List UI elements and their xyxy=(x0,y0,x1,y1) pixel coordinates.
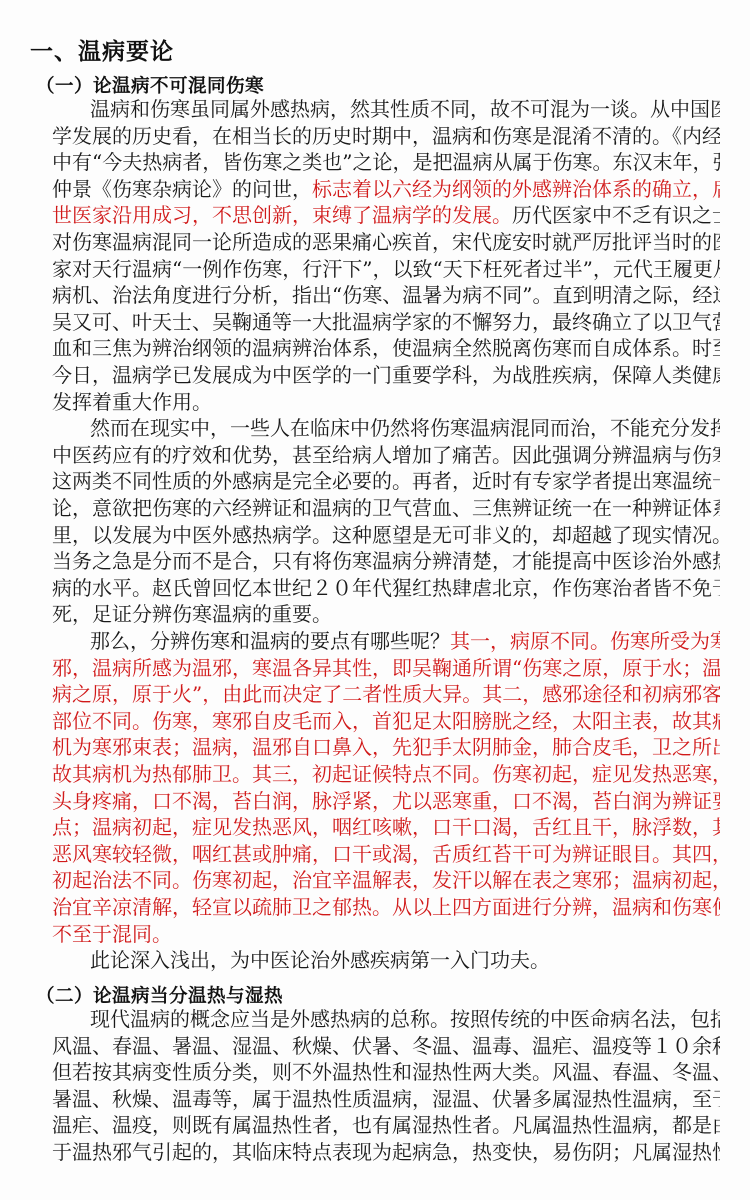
text-line: 里，以发展为中医外感热病学。这种愿望是无可非义的，却超越了现实情况。 xyxy=(52,522,720,548)
text-line: 中医药应有的疗效和优势，甚至给病人增加了痛苦。因此强调分辨温病与伤寒 xyxy=(52,442,720,468)
text-line: 死，足证分辨伤寒温病的重要。 xyxy=(52,601,720,627)
text-line: 那么，分辨伤寒和温病的要点有哪些呢？其一，病原不同。伤寒所受为寒 xyxy=(90,628,720,654)
highlighted-text: 邪，温病所感为温邪，寒温各异其性，即吴鞠通所谓“伤寒之原，原于水；温 xyxy=(52,656,720,680)
body-text: 吴又可、叶天士、吴鞠通等一大批温病学家的不懈努力，最终确立了以卫气营 xyxy=(52,310,720,334)
text-line: 世医家沿用成习，不思创新，束缚了温病学的发展。历代医家中不乏有识之士， xyxy=(52,202,720,228)
text-line: 点；温病初起，症见发热恶风，咽红咳嗽，口干口渴，舌红且干，脉浮数，其 xyxy=(52,814,720,840)
body-text: 死，足证分辨伤寒温病的重要。 xyxy=(52,602,332,626)
text-line: 温疟、温疫，则既有属温热性者，也有属湿热性者。凡属温热性温病，都是由 xyxy=(52,1112,720,1138)
text-line: 然而在现实中，一些人在临床中仍然将伤寒温病混同而治，不能充分发挥 xyxy=(90,415,720,441)
body-text: 暑温、秋燥、温毒等，属于温热性质温病，湿温、伏暑多属湿热性温病，至于 xyxy=(52,1087,720,1111)
text-line: 此论深入浅出，为中医论治外感疾病第一入门功夫。 xyxy=(90,947,720,973)
body-text: 温疟、温疫，则既有属温热性者，也有属湿热性者。凡属温热性温病，都是由 xyxy=(52,1113,720,1137)
highlighted-text: 标志着以六经为纲领的外感辨治体系的确立，后 xyxy=(312,177,720,201)
body-text: 这两类不同性质的外感病是完全必要的。再者，近时有专家学者提出寒温统一 xyxy=(52,469,720,493)
text-line: 今日，温病学已发展成为中医学的一门重要学科，为战胜疾病，保障人类健康 xyxy=(52,362,720,388)
text-line: 这两类不同性质的外感病是完全必要的。再者，近时有专家学者提出寒温统一 xyxy=(52,468,720,494)
highlighted-text: 世医家沿用成习，不思创新，束缚了温病学的发展。 xyxy=(52,203,512,227)
text-line: 病的水平。赵氏曾回忆本世纪２０年代猩红热肆虐北京，作伤寒治者皆不免于 xyxy=(52,575,720,601)
text-line: 家对天行温病“一例作伤寒，行汗下”，以致“天下枉死者过半”，元代王履更从 xyxy=(52,256,720,282)
body-text: 今日，温病学已发展成为中医学的一门重要学科，为战胜疾病，保障人类健康 xyxy=(52,363,720,387)
text-line: 部位不同。伤寒，寒邪自皮毛而入，首犯足太阳膀胱之经，太阳主表，故其病 xyxy=(52,708,720,734)
text-line: 故其病机为热郁肺卫。其三，初起证候特点不同。伤寒初起，症见发热恶寒， xyxy=(52,761,720,787)
highlighted-text: 故其病机为热郁肺卫。其三，初起证候特点不同。伤寒初起，症见发热恶寒， xyxy=(52,762,720,786)
highlighted-text: 部位不同。伤寒，寒邪自皮毛而入，首犯足太阳膀胱之经，太阳主表，故其病 xyxy=(52,709,720,733)
text-line: 病之原，原于火”，由此而决定了二者性质大异。其二，感邪途径和初病邪客 xyxy=(52,681,720,707)
text-line: 对伤寒温病混同一论所造成的恶果痛心疾首，宋代庞安时就严厉批评当时的医 xyxy=(52,229,720,255)
body-text: 当务之急是分而不是合，只有将伤寒温病分辨清楚，才能提高中医诊治外感热 xyxy=(52,549,720,573)
body-text: 里，以发展为中医外感热病学。这种愿望是无可非义的，却超越了现实情况。 xyxy=(52,523,720,547)
text-line: 不至于混同。 xyxy=(52,921,720,947)
body-text: 血和三焦为辨治纲领的温病辨治体系，使温病全然脱离伤寒而自成体系。时至 xyxy=(52,336,720,360)
text-line: 学发展的历史看，在相当长的历史时期中，温病和伤寒是混淆不清的。《内经》 xyxy=(52,123,720,149)
text-line: 发挥着重大作用。 xyxy=(52,389,720,415)
section-heading: （一）论温病不可混同伤寒 xyxy=(36,72,264,98)
text-line: 初起治法不同。伤寒初起，治宜辛温解表，发汗以解在表之寒邪；温病初起， xyxy=(52,867,720,893)
body-text: 病机、治法角度进行分析，指出“伤寒、温暑为病不同”。直到明清之际，经过 xyxy=(52,283,720,307)
body-text: 中有“今夫热病者，皆伤寒之类也”之论，是把温病从属于伤寒。东汉末年，张 xyxy=(52,150,720,174)
highlighted-text: 头身疼痛，口不渴，苔白润，脉浮紧，尤以恶寒重，口不渴，苔白润为辨证要 xyxy=(52,789,720,813)
text-line: 恶风寒较轻微，咽红甚或肿痛，口干或渴，舌质红苔干可为辨证眼目。其四， xyxy=(52,841,720,867)
body-text: 但若按其病变性质分类，则不外温热性和湿热性两大类。风温、春温、冬温、 xyxy=(52,1060,720,1084)
body-text: 家对天行温病“一例作伤寒，行汗下”，以致“天下枉死者过半”，元代王履更从 xyxy=(52,257,720,281)
text-line: 暑温、秋燥、温毒等，属于温热性质温病，湿温、伏暑多属湿热性温病，至于 xyxy=(52,1086,720,1112)
body-text: 病的水平。赵氏曾回忆本世纪２０年代猩红热肆虐北京，作伤寒治者皆不免于 xyxy=(52,576,720,600)
body-text: 对伤寒温病混同一论所造成的恶果痛心疾首，宋代庞安时就严厉批评当时的医 xyxy=(52,230,720,254)
highlighted-text: 其一，病原不同。伤寒所受为寒 xyxy=(450,629,720,653)
text-line: 现代温病的概念应当是外感热病的总称。按照传统的中医命病名法，包括 xyxy=(90,1006,720,1032)
body-text: 于温热邪气引起的，其临床特点表现为起病急，热变快，易伤阴；凡属湿热性 xyxy=(52,1140,720,1164)
text-line: 论，意欲把伤寒的六经辨证和温病的卫气营血、三焦辨证统一在一种辨证体系 xyxy=(52,495,720,521)
text-line: 吴又可、叶天士、吴鞠通等一大批温病学家的不懈努力，最终确立了以卫气营 xyxy=(52,309,720,335)
body-text: 学发展的历史看，在相当长的历史时期中，温病和伤寒是混淆不清的。《内经》 xyxy=(52,124,720,148)
highlighted-text: 初起治法不同。伤寒初起，治宜辛温解表，发汗以解在表之寒邪；温病初起， xyxy=(52,868,720,892)
highlighted-text: 恶风寒较轻微，咽红甚或肿痛，口干或渴，舌质红苔干可为辨证眼目。其四， xyxy=(52,842,720,866)
body-text: 中医药应有的疗效和优势，甚至给病人增加了痛苦。因此强调分辨温病与伤寒 xyxy=(52,443,720,467)
body-text: 风温、春温、暑温、湿温、秋燥、伏暑、冬温、温毒、温疟、温疫等１０余种。 xyxy=(52,1034,720,1058)
body-text: 仲景《伤寒杂病论》的问世， xyxy=(52,177,312,201)
highlighted-text: 点；温病初起，症见发热恶风，咽红咳嗽，口干口渴，舌红且干，脉浮数，其 xyxy=(52,815,720,839)
text-line: 机为寒邪束表；温病，温邪自口鼻入，先犯手太阴肺金，肺合皮毛，卫之所出， xyxy=(52,734,720,760)
text-line: 血和三焦为辨治纲领的温病辨治体系，使温病全然脱离伤寒而自成体系。时至 xyxy=(52,335,720,361)
body-text: 那么，分辨伤寒和温病的要点有哪些呢？ xyxy=(90,629,450,653)
text-line: 邪，温病所感为温邪，寒温各异其性，即吴鞠通所谓“伤寒之原，原于水；温 xyxy=(52,655,720,681)
highlighted-text: 病之原，原于火”，由此而决定了二者性质大异。其二，感邪途径和初病邪客 xyxy=(52,682,720,706)
text-line: 于温热邪气引起的，其临床特点表现为起病急，热变快，易伤阴；凡属湿热性 xyxy=(52,1139,720,1165)
highlighted-text: 不至于混同。 xyxy=(52,922,172,946)
text-line: 仲景《伤寒杂病论》的问世，标志着以六经为纲领的外感辨治体系的确立，后 xyxy=(52,176,720,202)
section-heading: （二）论温病当分温热与湿热 xyxy=(36,982,283,1008)
body-text: 发挥着重大作用。 xyxy=(52,390,212,414)
text-line: 温病和伤寒虽同属外感热病，然其性质不同，故不可混为一谈。从中国医 xyxy=(90,96,720,122)
body-text: 现代温病的概念应当是外感热病的总称。按照传统的中医命病名法，包括 xyxy=(90,1007,720,1031)
body-text: 此论深入浅出，为中医论治外感疾病第一入门功夫。 xyxy=(90,948,550,972)
text-line: 中有“今夫热病者，皆伤寒之类也”之论，是把温病从属于伤寒。东汉末年，张 xyxy=(52,149,720,175)
highlighted-text: 机为寒邪束表；温病，温邪自口鼻入，先犯手太阴肺金，肺合皮毛，卫之所出， xyxy=(52,735,720,759)
text-line: 病机、治法角度进行分析，指出“伤寒、温暑为病不同”。直到明清之际，经过 xyxy=(52,282,720,308)
body-text: 温病和伤寒虽同属外感热病，然其性质不同，故不可混为一谈。从中国医 xyxy=(90,97,720,121)
highlighted-text: 治宜辛凉清解，轻宣以疏肺卫之郁热。从以上四方面进行分辨，温病和伤寒便 xyxy=(52,895,720,919)
text-line: 头身疼痛，口不渴，苔白润，脉浮紧，尤以恶寒重，口不渴，苔白润为辨证要 xyxy=(52,788,720,814)
text-line: 但若按其病变性质分类，则不外温热性和湿热性两大类。风温、春温、冬温、 xyxy=(52,1059,720,1085)
body-text: 论，意欲把伤寒的六经辨证和温病的卫气营血、三焦辨证统一在一种辨证体系 xyxy=(52,496,720,520)
body-text: 然而在现实中，一些人在临床中仍然将伤寒温病混同而治，不能充分发挥 xyxy=(90,416,720,440)
body-text: 历代医家中不乏有识之士， xyxy=(512,203,720,227)
chapter-title: 一、温病要论 xyxy=(30,33,174,66)
text-line: 治宜辛凉清解，轻宣以疏肺卫之郁热。从以上四方面进行分辨，温病和伤寒便 xyxy=(52,894,720,920)
text-line: 风温、春温、暑温、湿温、秋燥、伏暑、冬温、温毒、温疟、温疫等１０余种。 xyxy=(52,1033,720,1059)
text-line: 当务之急是分而不是合，只有将伤寒温病分辨清楚，才能提高中医诊治外感热 xyxy=(52,548,720,574)
